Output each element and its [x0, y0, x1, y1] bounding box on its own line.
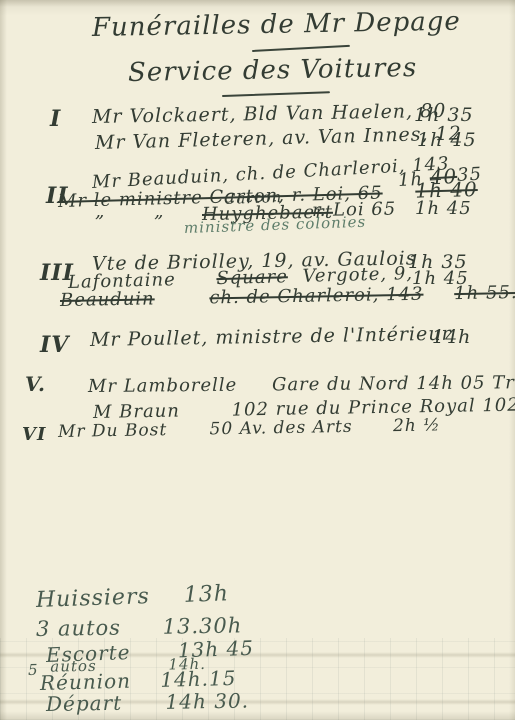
section-numeral-4: IV	[40, 332, 69, 358]
doc-title: Funérailles de Mr Depage	[92, 7, 461, 43]
entry-name: Mr Poullet, ministre de l'Intérieur	[90, 323, 452, 351]
entry-row: Mr Lamborelle Gare du Nord 14h 05 Train …	[88, 371, 515, 397]
section-numeral-1: I	[50, 106, 61, 132]
entry-name: Mr Du Bost	[58, 420, 168, 442]
schedule-label: 3 autos	[36, 616, 121, 641]
entry-name: Mr Van Fleteren, av. Van Innes, 12	[95, 122, 462, 154]
section-numeral-6: VI	[22, 424, 46, 445]
schedule-label: Départ	[46, 691, 123, 716]
section-numeral-5: V.	[25, 372, 46, 396]
schedule-label: Huissiers	[36, 584, 151, 613]
ditto-marks: „ „	[95, 201, 164, 222]
schedule-time: 13.30h	[162, 613, 242, 638]
entry-time: 2h ½	[393, 415, 441, 436]
entry-time: 14h	[432, 326, 471, 348]
entry-time: 1h 45	[415, 198, 472, 219]
subtitle-underline	[222, 91, 330, 96]
entry-name-struck: Beauduin	[60, 288, 155, 311]
entry-time: 1h 45	[417, 129, 477, 151]
entry-time-struck: 1h 55.	[454, 282, 515, 304]
doc-subtitle: Service des Voitures	[128, 53, 418, 88]
schedule-time: 13h	[183, 581, 229, 608]
ditto-mark: „	[154, 201, 164, 222]
entry-detail: 50 Av. des Arts	[209, 417, 352, 439]
schedule-time: 14h 30.	[165, 688, 249, 713]
ditto-mark: „	[95, 201, 105, 222]
title-underline	[252, 45, 350, 52]
manuscript-page: Funérailles de Mr Depage Service des Voi…	[0, 0, 515, 720]
schedule-row: Huissiers 13h	[36, 581, 230, 613]
entry-address-struck: ch. de Charleroi, 143	[209, 284, 423, 309]
entry-detail: Gare du Nord 14h 05 Train d'Anvers	[272, 371, 515, 395]
entry-name: Mr Lamborelle	[88, 375, 237, 397]
schedule-count: 5	[28, 661, 39, 679]
schedule-row: Départ 14h 30.	[46, 688, 249, 716]
